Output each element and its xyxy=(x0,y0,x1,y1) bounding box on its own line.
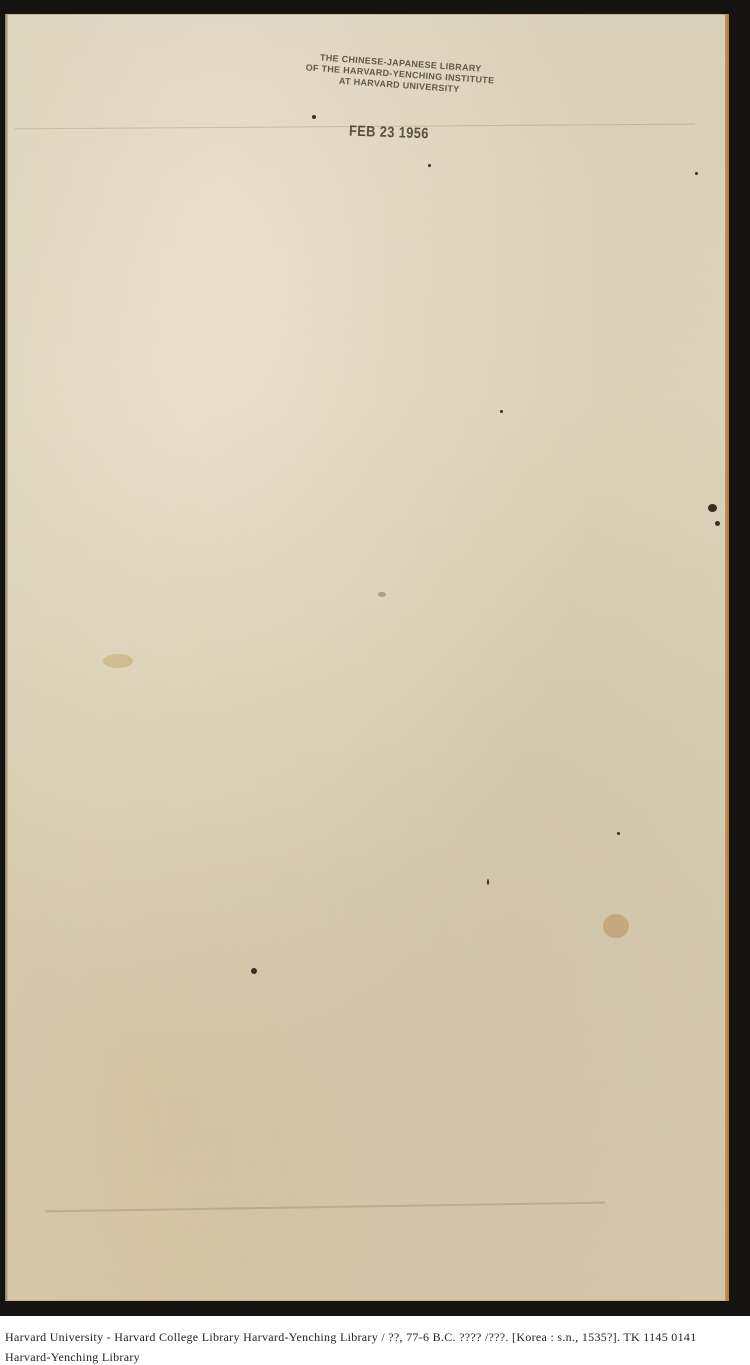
page-right-edge xyxy=(725,14,729,1301)
stamp-date: FEB 23 1956 xyxy=(349,123,429,143)
stain-spot xyxy=(603,914,629,938)
ink-speck xyxy=(708,504,717,512)
ink-speck xyxy=(312,115,316,119)
stain-spot xyxy=(103,654,133,668)
ink-speck xyxy=(487,879,489,885)
ink-speck xyxy=(500,410,503,413)
page-left-fold xyxy=(5,14,8,1301)
ink-speck xyxy=(695,172,698,175)
caption-line-citation: Harvard University - Harvard College Lib… xyxy=(5,1327,750,1347)
image-caption: Harvard University - Harvard College Lib… xyxy=(5,1327,750,1365)
scanned-image: The Chinese-Japanese Library of the Harv… xyxy=(0,0,750,1316)
caption-line-library: Harvard-Yenching Library xyxy=(5,1347,750,1365)
ink-speck xyxy=(617,832,620,835)
ink-speck xyxy=(715,521,720,526)
book-page xyxy=(5,14,729,1301)
fold-line-bottom xyxy=(45,1202,605,1213)
ink-speck xyxy=(378,592,386,597)
ink-speck xyxy=(251,968,257,974)
ink-speck xyxy=(428,164,431,167)
